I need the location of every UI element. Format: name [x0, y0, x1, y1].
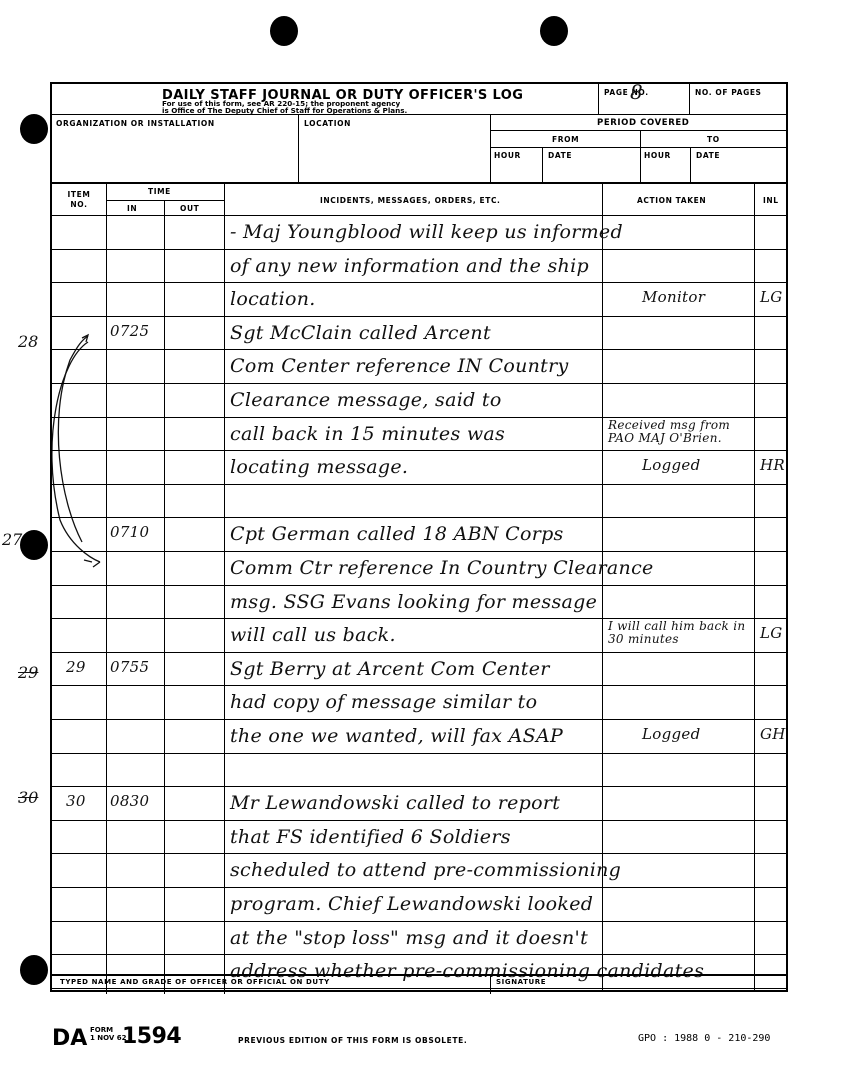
incident-cell[interactable]: Sgt Berry at Arcent Com Center: [230, 658, 550, 680]
incident-cell[interactable]: - Maj Youngblood will keep us informed: [230, 221, 623, 243]
row-divider: [52, 753, 786, 754]
location-label: LOCATION: [304, 119, 351, 128]
item-no-cell[interactable]: 30: [66, 792, 86, 810]
action-taken-cell[interactable]: Received msg from PAO MAJ O'Brien.: [608, 419, 752, 445]
time-in-cell[interactable]: 0755: [110, 658, 149, 676]
incident-cell[interactable]: that FS identified 6 Soldiers: [230, 826, 511, 848]
row-divider: [52, 585, 786, 586]
row-divider: [52, 282, 786, 283]
incident-cell[interactable]: Sgt McClain called Arcent: [230, 322, 491, 344]
row-divider: [52, 954, 786, 955]
incident-cell[interactable]: the one we wanted, will fax ASAP: [230, 725, 563, 747]
from-hour-label: HOUR: [494, 151, 521, 160]
row-divider: [52, 652, 786, 653]
footer-gpo: GPO : 1988 0 - 210-290: [638, 1033, 770, 1044]
incident-cell[interactable]: at the "stop loss" msg and it doesn't: [230, 927, 588, 949]
initials-cell[interactable]: LG: [760, 288, 783, 306]
incident-cell[interactable]: Com Center reference IN Country: [230, 355, 569, 377]
row-divider: [52, 853, 786, 854]
row-divider: [52, 249, 786, 250]
row-divider: [52, 921, 786, 922]
incident-cell[interactable]: of any new information and the ship: [230, 255, 589, 277]
header-inl: INL: [763, 196, 779, 205]
time-in-cell[interactable]: 0725: [110, 322, 149, 340]
incident-cell[interactable]: msg. SSG Evans looking for message: [230, 591, 597, 613]
incident-cell[interactable]: scheduled to attend pre-commissioning: [230, 859, 621, 881]
incident-cell[interactable]: locating message.: [230, 456, 408, 478]
action-taken-cell[interactable]: Logged: [642, 456, 700, 474]
row-divider: [52, 820, 786, 821]
organization-label: ORGANIZATION OR INSTALLATION: [56, 119, 215, 128]
footer-previous-edition: PREVIOUS EDITION OF THIS FORM IS OBSOLET…: [238, 1036, 467, 1045]
to-label: TO: [707, 135, 720, 144]
row-divider: [52, 349, 786, 350]
header-time-in: IN: [127, 204, 137, 213]
row-divider: [52, 988, 786, 989]
item-no-cell[interactable]: 29: [66, 658, 86, 676]
incident-cell[interactable]: program. Chief Lewandowski looked: [230, 893, 593, 915]
row-divider: [52, 887, 786, 888]
period-covered-label: PERIOD COVERED: [597, 118, 689, 128]
incident-cell[interactable]: Cpt German called 18 ABN Corps: [230, 523, 564, 545]
row-divider: [52, 517, 786, 518]
incident-cell[interactable]: will call us back.: [230, 624, 396, 646]
initials-cell[interactable]: GH: [760, 725, 786, 743]
incident-cell[interactable]: had copy of message similar to: [230, 691, 537, 713]
typed-name-label: TYPED NAME AND GRADE OF OFFICER OR OFFIC…: [60, 978, 330, 986]
initials-cell[interactable]: HR: [760, 456, 785, 474]
action-taken-cell[interactable]: Logged: [642, 725, 700, 743]
header-incidents: INCIDENTS, MESSAGES, ORDERS, ETC.: [320, 196, 501, 205]
row-divider: [52, 685, 786, 686]
time-in-cell[interactable]: 0830: [110, 792, 149, 810]
row-divider: [52, 484, 786, 485]
from-date-label: DATE: [548, 151, 572, 160]
incident-cell[interactable]: Mr Lewandowski called to report: [230, 792, 560, 814]
duty-officer-log-form: DAILY STAFF JOURNAL OR DUTY OFFICER'S LO…: [50, 82, 788, 992]
from-label: FROM: [552, 135, 579, 144]
time-in-cell[interactable]: 0710: [110, 523, 149, 541]
row-divider: [52, 450, 786, 451]
form-subtitle-2: is Office of The Deputy Chief of Staff f…: [162, 107, 407, 114]
footer-form-number: 1594: [122, 1024, 181, 1049]
header-time-out: OUT: [180, 204, 199, 213]
incident-cell[interactable]: call back in 15 minutes was: [230, 423, 505, 445]
incident-cell[interactable]: location.: [230, 288, 316, 310]
signature-label: SIGNATURE: [496, 978, 546, 986]
row-divider: [52, 316, 786, 317]
incident-cell[interactable]: Clearance message, said to: [230, 389, 502, 411]
action-taken-cell[interactable]: Monitor: [642, 288, 705, 306]
header-action-taken: ACTION TAKEN: [637, 196, 706, 205]
page-no-value[interactable]: 8: [630, 80, 643, 104]
row-divider: [52, 786, 786, 787]
row-divider: [52, 719, 786, 720]
initials-cell[interactable]: LG: [760, 624, 783, 642]
header-item-no: ITEM NO.: [62, 190, 96, 210]
to-date-label: DATE: [696, 151, 720, 160]
action-taken-cell[interactable]: I will call him back in 30 minutes: [608, 620, 752, 646]
header-time: TIME: [148, 187, 171, 196]
to-hour-label: HOUR: [644, 151, 671, 160]
footer-da: DA: [52, 1026, 87, 1051]
row-divider: [52, 383, 786, 384]
incident-cell[interactable]: Comm Ctr reference In Country Clearance: [230, 557, 654, 579]
no-of-pages-label: NO. OF PAGES: [695, 88, 762, 97]
row-divider: [52, 551, 786, 552]
